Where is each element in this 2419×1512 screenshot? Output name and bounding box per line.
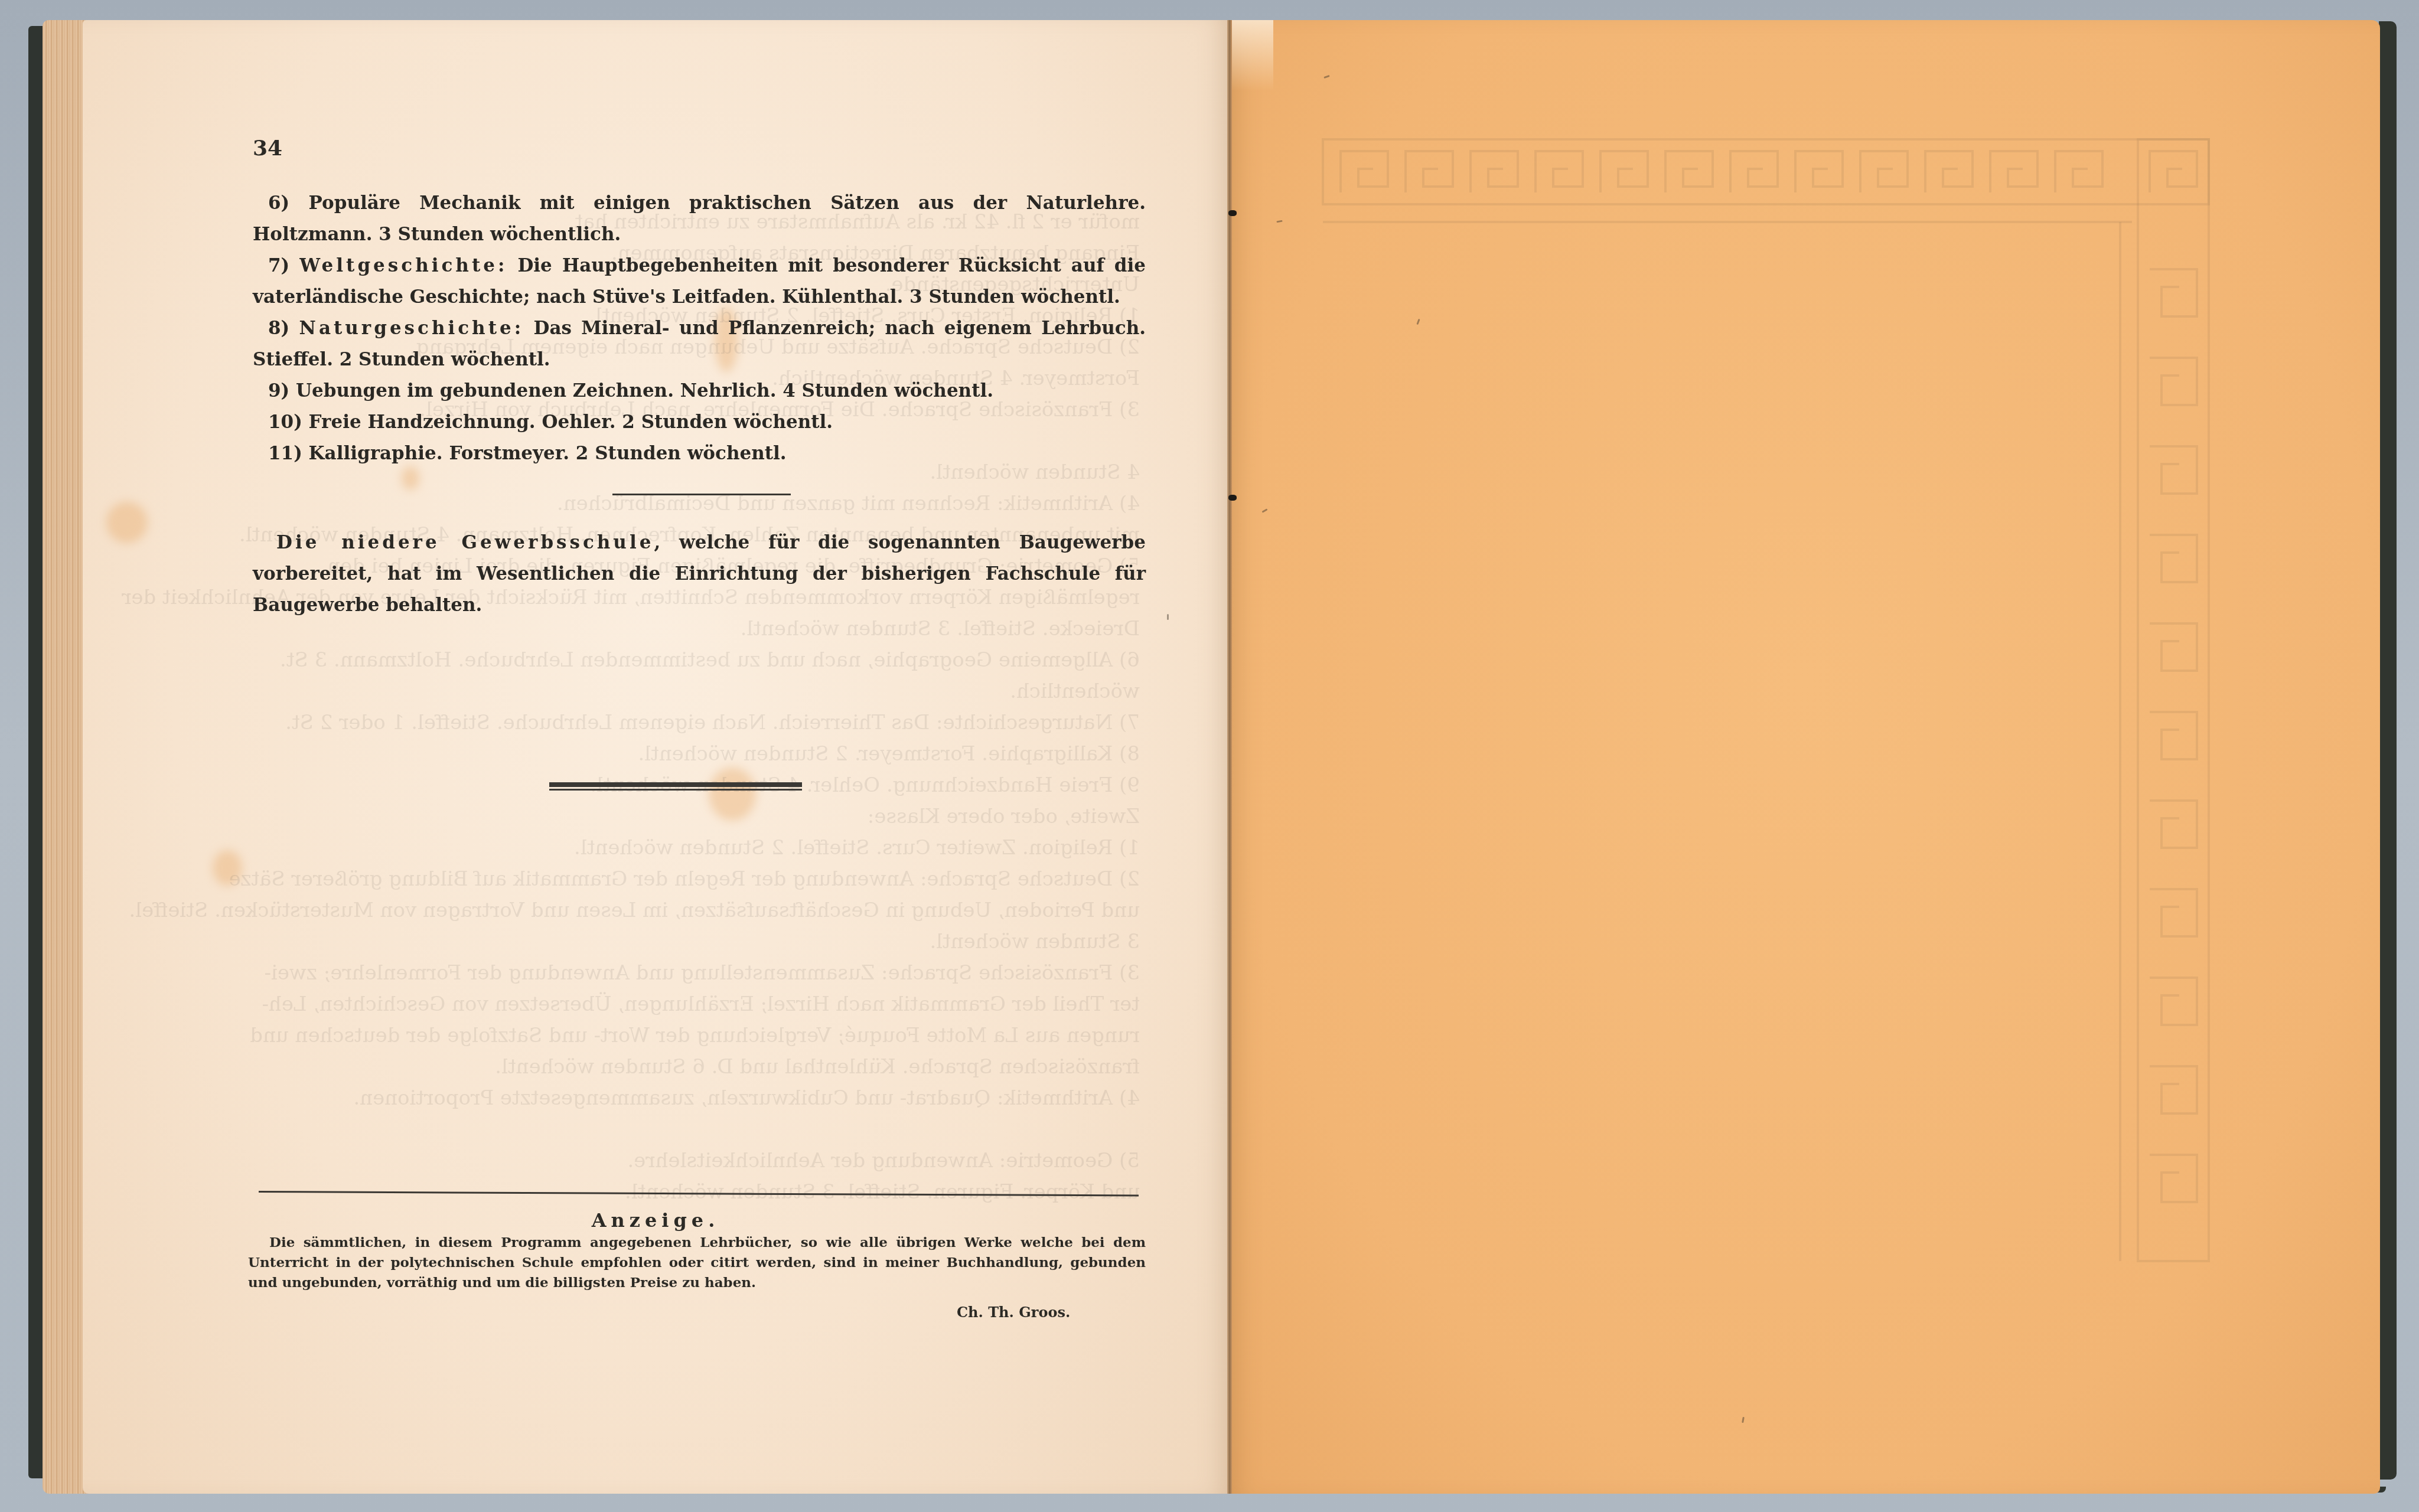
binding-hole (1228, 210, 1237, 216)
notice-title: Anzeige. (83, 1209, 1228, 1232)
right-page (1231, 20, 2380, 1494)
binding-hole (1228, 495, 1237, 501)
notice-signature: Ch. Th. Groos. (957, 1304, 1070, 1321)
book-cover-right-edge (2379, 21, 2397, 1480)
notice-section: Anzeige. Die sämmtlichen, in diesem Prog… (0, 0, 1228, 1512)
gutter-fade (1232, 20, 1273, 91)
notice-body: Die sämmtlichen, in diesem Programm ange… (248, 1233, 1146, 1293)
